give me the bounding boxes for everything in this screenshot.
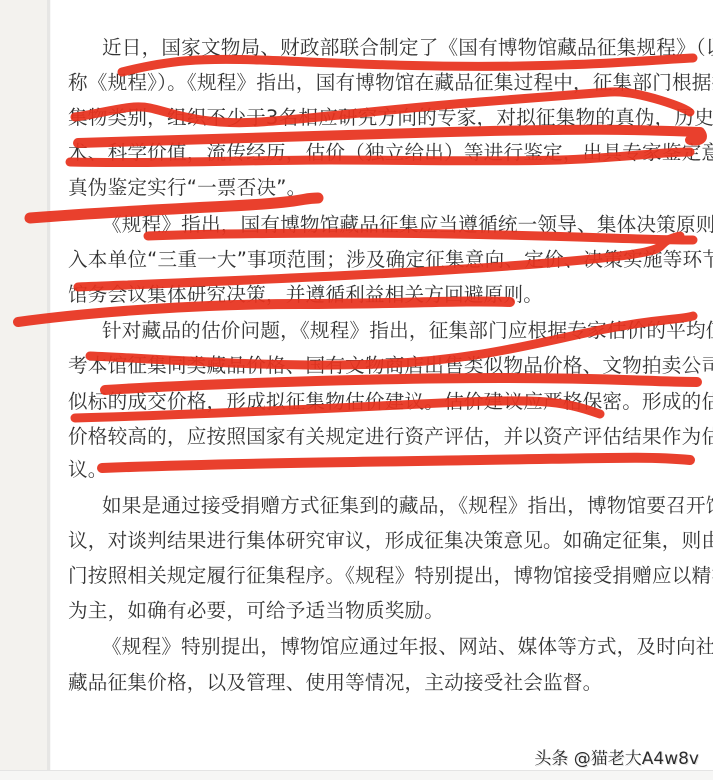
left-border-divider	[47, 0, 51, 770]
document-page: 近日，国家文物局、财政部联合制定了《国有博物馆藏品征集规程》（以下简 称《规程》…	[0, 0, 713, 780]
left-margin-strip	[0, 0, 47, 770]
paragraph-4-line-1: 如果是通过接受捐赠方式征集到的藏品，《规程》指出，博物馆要召开馆务会	[102, 491, 700, 521]
paragraph-1-line-1: 近日，国家文物局、财政部联合制定了《国有博物馆藏品征集规程》（以下简	[102, 33, 700, 63]
paragraph-1-line-2: 称《规程》）。《规程》指出，国有博物馆在藏品征集过程中，征集部门根据拟征	[68, 68, 700, 98]
source-watermark: 头条 @猫老大A4w8v	[534, 744, 699, 769]
bottom-border	[0, 770, 713, 780]
paragraph-1-line-4: 术、科学价值，流传经历，估价（独立给出）等进行鉴定，出具专家鉴定意见。对	[68, 138, 700, 168]
paragraph-3-line-4: 价格较高的，应按照国家有关规定进行资产评估，并以资产评估结果作为估价建	[68, 422, 700, 452]
paragraph-4-line-2: 议，对谈判结果进行集体研究审议，形成征集决策意见。如确定征集，则由征集部	[68, 526, 700, 556]
paragraph-3-line-5: 议。	[68, 455, 700, 485]
paragraph-3-line-2: 考本馆征集同类藏品价格、国有文物商店出售类似物品价格、文物拍卖公司拍卖类	[68, 351, 700, 381]
paragraph-2-line-1: 《规程》指出，国有博物馆藏品征集应当遵循统一领导、集体决策原则，并纳	[102, 210, 700, 240]
paragraph-3-line-3: 似标的成交价格，形成拟征集物估价建议。估价建议应严格保密。形成的估价建议	[68, 387, 700, 417]
paragraph-4-line-3: 门按照相关规定履行征集程序。《规程》特别提出，博物馆接受捐赠应以精神鼓励	[68, 561, 700, 591]
paragraph-5-line-2: 藏品征集价格，以及管理、使用等情况，主动接受社会监督。	[68, 668, 700, 698]
paragraph-1-line-3: 集物类别，组织不少于3名相应研究方向的专家，对拟征集物的真伪，历史、艺	[68, 103, 700, 133]
paragraph-2-line-3: 馆务会议集体研究决策，并遵循利益相关方回避原则。	[68, 280, 700, 310]
paragraph-5-line-1: 《规程》特别提出，博物馆应通过年报、网站、媒体等方式，及时向社会公布	[102, 632, 700, 662]
paragraph-1-line-5: 真伪鉴定实行“一票否决”。	[68, 173, 700, 203]
paragraph-4-line-4: 为主，如确有必要，可给予适当物质奖励。	[68, 596, 700, 626]
paragraph-2-line-2: 入本单位“三重一大”事项范围；涉及确定征集意向、定价、决策实施等环节，由	[68, 245, 700, 275]
paragraph-3-line-1: 针对藏品的估价问题，《规程》指出，征集部门应根据专家估价的平均值，参	[102, 316, 700, 346]
